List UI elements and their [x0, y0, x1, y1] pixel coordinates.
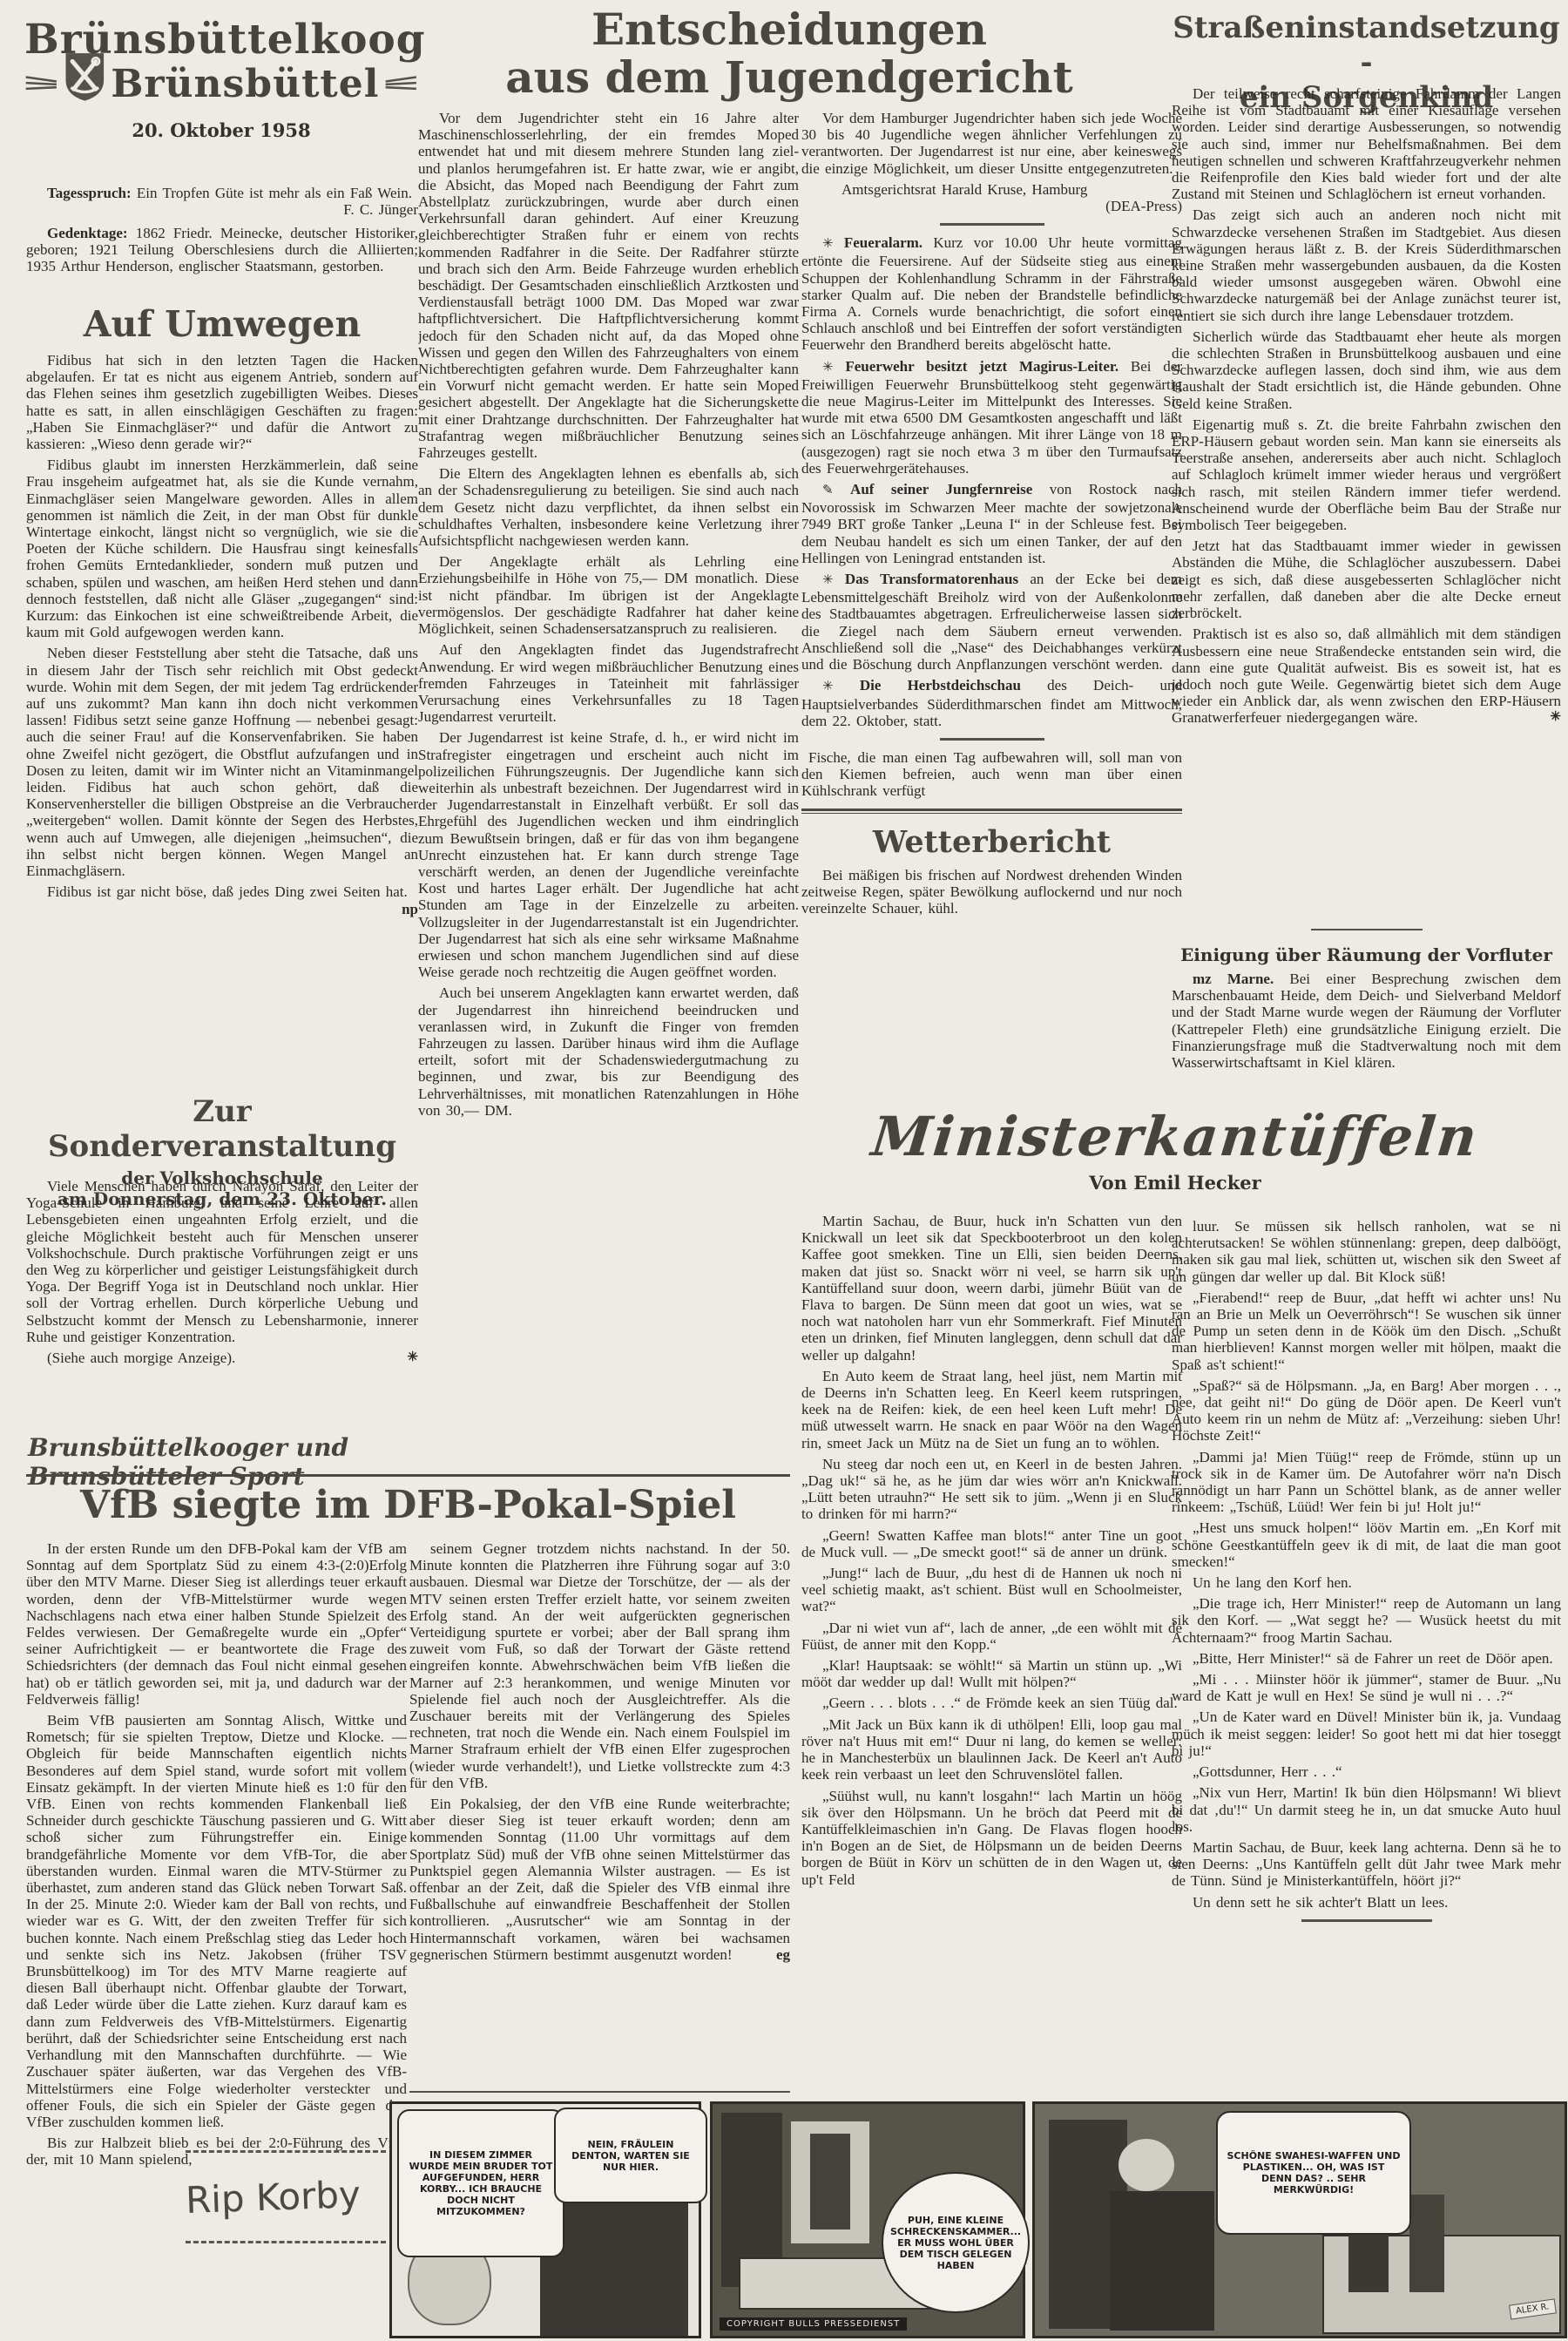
wetterbericht-text: Bei mäßigen bis frischen auf Nordwest dr… [801, 867, 1182, 917]
star-icon: ✳ [822, 680, 834, 694]
paragraph: Der Angeklagte erhält als Lehrling eine … [418, 553, 799, 637]
minister-head: Ministerkantüffeln Von Emil Hecker [784, 1105, 1566, 1194]
wetterbericht-headline: Wetterbericht [801, 824, 1182, 860]
tagesspruch-text: Ein Tropfen Güte ist mehr als ein Faß We… [137, 185, 412, 201]
paragraph: „Spaß?“ sä de Hölpsmann. „Ja, en Barg! A… [1172, 1377, 1561, 1445]
einigung-text: mz Marne. Bei einer Besprechung zwischen… [1172, 971, 1561, 1071]
speech-bubble: NEIN, FRÄULEIN DENTON, WARTEN SIE NUR HI… [554, 2108, 707, 2203]
paragraph: „Bitte, Herr Minister!“ sä de Fahrer un … [1172, 1650, 1561, 1667]
jugendgericht-column-2: Vor dem Hamburger Jugendrichter haben si… [801, 110, 1182, 1108]
star-icon: ✳ [822, 361, 834, 375]
tagesspruch-label: Tagesspruch: [47, 185, 132, 201]
sonderveranstaltung-paragraphs: Viele Menschen haben durch Narayon Saraf… [26, 1178, 418, 1345]
crest-anchor-hammer-icon [64, 46, 106, 107]
speech-bubble: PUH, EINE KLEINE SCHRECKENSKAMMER... ER … [882, 2172, 1030, 2313]
news-item: ✳ Die Herbstdeichschau des Deich- und Ha… [801, 677, 1182, 729]
auf-umwegen-headline: Auf Umwegen [26, 303, 418, 345]
sonderveranstaltung-note: (Siehe auch morgige Anzeige). ✳ [26, 1350, 418, 1366]
comic-panel-1: IN DIESEM ZIMMER WURDE MEIN BRUDER TOT A… [389, 2101, 701, 2338]
star-icon: ✳ [407, 1350, 418, 1366]
paragraph: „Süühst wull, nu kann't losgahn!“ lach M… [801, 1788, 1182, 1888]
sport-col2-paragraphs: seinem Gegner trotzdem nichts nachstand.… [409, 1540, 790, 1791]
divider-rule [940, 223, 1044, 226]
divider-rule [1311, 929, 1423, 930]
jugendgericht-headline-line1: Entscheidungen [418, 5, 1160, 53]
squiggle-divider [186, 2150, 386, 2153]
news-item-text: Bei der Freiwilligen Feuerwehr Brunsbütt… [801, 358, 1182, 477]
squiggle-divider [186, 2241, 386, 2243]
jugendgericht-byline: Amtsgerichtsrat Harald Kruse, Hamburg [801, 181, 1182, 198]
paragraph: Das zeigt sich auch an anderen noch nich… [1172, 206, 1561, 323]
paragraph: „Dammi ja! Mien Tüüg!“ reep de Frömde, s… [1172, 1449, 1561, 1516]
tagesspruch: Tagesspruch: Ein Tropfen Güte ist mehr a… [26, 185, 418, 218]
jugendgericht-head: Entscheidungen aus dem Jugendgericht [418, 5, 1160, 101]
sorgenkind-headline-line1: Straßeninstandsetzung - [1172, 10, 1561, 80]
statue-silhouette [1409, 2195, 1444, 2292]
comic-copyright: COPYRIGHT BULLS PRESSEDIENST [720, 2317, 907, 2331]
standing-figure-silhouette [810, 2134, 850, 2229]
note-text: (Siehe auch morgige Anzeige). [47, 1350, 235, 1366]
sport-closing: Ein Pokalsieg, der den VfB eine Runde we… [409, 1796, 790, 1963]
auf-umwegen-closing-text: Fidibus ist gar nicht böse, daß jedes Di… [47, 883, 408, 900]
paragraph: Fidibus glaubt im innersten Herzkämmerle… [26, 457, 418, 640]
paragraph: luur. Se müssen sik hellsch ranholen, wa… [1172, 1218, 1561, 1285]
paragraph: „Dar ni wiet vun af“, lach de anner, „de… [801, 1620, 1182, 1653]
paragraph: seinem Gegner trotzdem nichts nachstand.… [409, 1540, 790, 1791]
news-item-title: Das Transformatorenhaus [845, 571, 1018, 587]
paragraph: „Nix vun Herr, Martin! Ik bün dien Hölps… [1172, 1784, 1561, 1835]
news-item: ✳ Feueralarm. Kurz vor 10.00 Uhr heute v… [801, 234, 1182, 353]
paragraph: Sicherlich würde das Stadtbauamt eher he… [1172, 328, 1561, 412]
comic-panel-3: SCHÖNE SWAHESI-WAFFEN UND PLASTIKEN... O… [1032, 2101, 1567, 2338]
double-rule [801, 809, 1182, 814]
comic-title-block: Rip Korby [186, 2150, 386, 2243]
paragraph: Der Jugendarrest ist keine Strafe, d. h.… [418, 729, 799, 980]
masthead: Brünsbüttelkoog Brünsbüttel 20. Oktober … [24, 16, 418, 141]
flourish-right-icon [384, 72, 418, 95]
paragraph: En Auto keem de Straat lang, heel jüst, … [801, 1368, 1182, 1451]
paragraph: Beim VfB pausierten am Sonntag Alisch, W… [26, 1712, 407, 2130]
paragraph: „Hest uns smuck holpen!“ lööv Martin em.… [1172, 1519, 1561, 1570]
sport-col1-paragraphs: In der ersten Runde um den DFB-Pokal kam… [26, 1540, 407, 2168]
jugendgericht-col1-paragraphs: Vor dem Jugendrichter steht ein 16 Jahre… [418, 110, 799, 1119]
suit-silhouette [1110, 2191, 1214, 2331]
divider-rule [940, 738, 1044, 741]
paragraph: Vor dem Jugendrichter steht ein 16 Jahre… [418, 110, 799, 461]
news-item-text: Kurz vor 10.00 Uhr heute vormittag ertön… [801, 234, 1182, 353]
comic-title: Rip Korby [185, 2172, 387, 2222]
face-highlight [1119, 2139, 1174, 2191]
sport-rule [26, 1474, 790, 1477]
minister-headline: Ministerkantüffeln [868, 1105, 1481, 1168]
paragraph: Martin Sachau, de Buur, keek lang achter… [1172, 1839, 1561, 1890]
einigung-dateline: mz Marne. [1193, 971, 1274, 987]
jugendgericht-column-1: Vor dem Jugendrichter steht ein 16 Jahre… [418, 110, 799, 1413]
star-icon: ✳ [1550, 709, 1561, 726]
paragraph: „Geern! Swatten Kaffee man blots!“ anter… [801, 1527, 1182, 1560]
news-item: ✳ Das Transformatorenhaus an der Ecke be… [801, 571, 1182, 673]
paragraph: Un denn sett he sik achter't Blatt un le… [1172, 1894, 1561, 1911]
issue-date: 20. Oktober 1958 [24, 119, 418, 141]
pen-icon: ✎ [822, 484, 834, 497]
tagesspruch-paragraph: Tagesspruch: Ein Tropfen Güte ist mehr a… [26, 185, 418, 201]
paragraph: In der ersten Runde um den DFB-Pokal kam… [26, 1540, 407, 1708]
fische-note: Fische, die man einen Tag aufbewahren wi… [801, 749, 1182, 800]
star-icon: ✳ [822, 237, 834, 251]
gedenktage-paragraph: Gedenktage: 1862 Friedr. Meinecke, deuts… [26, 225, 418, 275]
paragraph: „Un de Kater ward en Düvel! Minister bün… [1172, 1708, 1561, 1759]
news-item-title: Auf seiner Jungfernreise [850, 481, 1032, 497]
auf-umwegen-body: Fidibus hat sich in den letzten Tagen di… [26, 352, 418, 1089]
paragraph: Die Eltern des Angeklagten lehnen es ebe… [418, 465, 799, 549]
sonderveranstaltung-body: Viele Menschen haben durch Narayon Saraf… [26, 1178, 418, 1427]
masthead-row2: Brünsbüttel [24, 60, 418, 107]
sonderveranstaltung-headline: Zur Sonderveranstaltung [26, 1094, 418, 1164]
sport-end-rule [409, 2091, 790, 2093]
sorgenkind-closing: Praktisch ist es also so, daß allmählich… [1172, 626, 1561, 726]
flourish-left-icon [24, 72, 58, 95]
paragraph: Eigenartig muß s. Zt. die breite Fahrbah… [1172, 416, 1561, 533]
author-initials: np [402, 901, 418, 917]
minister-column-2: luur. Se müssen sik hellsch ranholen, wa… [1172, 1218, 1561, 2098]
einigung: Einigung über Räumung der Vorfluter mz M… [1172, 944, 1561, 1075]
news-item-title: Feueralarm. [844, 234, 923, 251]
tagesspruch-author: F. C. Jünger [343, 201, 418, 218]
minister-col1-paragraphs: Martin Sachau, de Buur, huck in'n Schatt… [801, 1213, 1182, 1888]
paragraph: Un he lang den Korf hen. [1172, 1574, 1561, 1591]
paragraph: „Mit Jack un Büx kann ik di uthölpen! El… [801, 1716, 1182, 1783]
news-item-title: Feuerwehr besitzt jetzt Magirus-Leiter. [845, 358, 1119, 375]
paragraph: Auf den Angeklagten findet das Jugendstr… [418, 641, 799, 725]
news-item: ✳ Feuerwehr besitzt jetzt Magirus-Leiter… [801, 358, 1182, 477]
paragraph: Neben dieser Feststellung aber steht die… [26, 645, 418, 879]
news-item: ✎ Auf seiner Jungfernreise von Rostock n… [801, 481, 1182, 566]
jugendgericht-headline-line2: aus dem Jugendgericht [418, 53, 1160, 101]
paragraph: Martin Sachau, de Buur, huck in'n Schatt… [801, 1213, 1182, 1363]
comic-panel-2: PUH, EINE KLEINE SCHRECKENSKAMMER... ER … [710, 2101, 1025, 2338]
sport-author-initials: eg [776, 1946, 790, 1963]
paragraph: „Gottsdunner, Herr . . .“ [1172, 1763, 1561, 1780]
sport-closing-text: Ein Pokalsieg, der den VfB eine Runde we… [409, 1796, 790, 1963]
paragraph: „Jung!“ lach de Buur, „du hest di de Han… [801, 1565, 1182, 1615]
paragraph: Der teilweise recht scharfsteinige Fahrd… [1172, 85, 1561, 202]
minister-column-1: Martin Sachau, de Buur, huck in'n Schatt… [801, 1213, 1182, 2098]
paragraph: „Fierabend!“ reep de Buur, „dat hefft wi… [1172, 1289, 1561, 1373]
sorgenkind-paragraphs: Der teilweise recht scharfsteinige Fahrd… [1172, 85, 1561, 621]
news-item-title: Die Herbstdeichschau [860, 677, 1021, 694]
paragraph: Fidibus hat sich in den letzten Tagen di… [26, 352, 418, 452]
gedenktage-label: Gedenktage: [47, 225, 128, 241]
auf-umwegen-closing: Fidibus ist gar nicht böse, daß jedes Di… [26, 883, 418, 900]
jugendgericht-intro: Vor dem Hamburger Jugendrichter haben si… [801, 110, 1182, 177]
masthead-title-line2: Brünsbüttel [111, 62, 379, 106]
paragraph: „Klar! Hauptsaak: se wöhlt!“ sä Martin u… [801, 1657, 1182, 1690]
paragraph: Nu steeg dar noch een ut, en Keerl in de… [801, 1456, 1182, 1523]
newspaper-page: { "masthead": { "title1": "Brünsbüttelko… [0, 0, 1568, 2341]
minister-byline: Von Emil Hecker [784, 1172, 1566, 1194]
sport-column-2: seinem Gegner trotzdem nichts nachstand.… [409, 1540, 790, 2087]
paragraph: „Geern . . . blots . . .“ de Frömde keek… [801, 1695, 1182, 1711]
star-icon: ✳ [822, 573, 834, 587]
einigung-headline: Einigung über Räumung der Vorfluter [1172, 944, 1561, 965]
paragraph: Jetzt hat das Stadtbauamt immer wieder i… [1172, 538, 1561, 621]
sorgenkind-closing-text: Praktisch ist es also so, daß allmählich… [1172, 626, 1561, 726]
minister-end-rule [1301, 1919, 1432, 1922]
paragraph: Auch bei unserem Angeklagten kann erwart… [418, 984, 799, 1119]
auf-umwegen-paragraphs: Fidibus hat sich in den letzten Tagen di… [26, 352, 418, 879]
paragraph: Viele Menschen haben durch Narayon Saraf… [26, 1178, 418, 1345]
paragraph: „Die trage ich, Herr Minister!“ reep de … [1172, 1595, 1561, 1646]
gedenktage: Gedenktage: 1862 Friedr. Meinecke, deuts… [26, 225, 418, 280]
minister-col2-paragraphs: luur. Se müssen sik hellsch ranholen, wa… [1172, 1218, 1561, 1911]
jugendgericht-agency: (DEA-Press) [801, 198, 1182, 214]
speech-bubble: SCHÖNE SWAHESI-WAFFEN UND PLASTIKEN... O… [1216, 2111, 1411, 2235]
sport-headline: VfB siegte im DFB-Pokal-Spiel [26, 1483, 790, 1527]
speech-bubble: IN DIESEM ZIMMER WURDE MEIN BRUDER TOT A… [397, 2109, 564, 2257]
paragraph: „Mi . . . Miinster höör ik jümmer“, stam… [1172, 1671, 1561, 1704]
sorgenkind-body: Der teilweise recht scharfsteinige Fahrd… [1172, 85, 1561, 920]
